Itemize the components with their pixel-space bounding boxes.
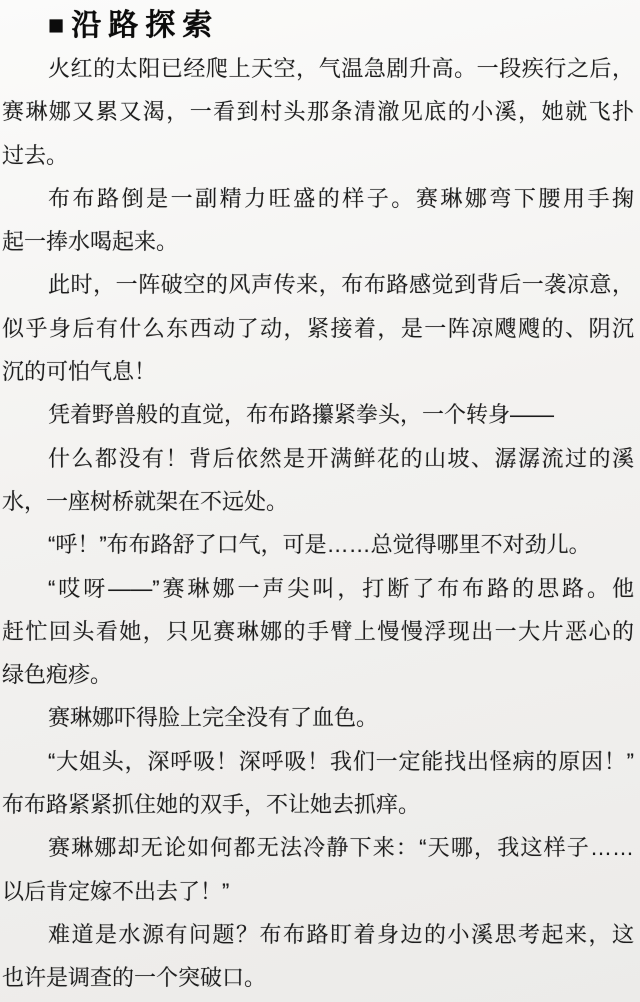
text-line: 赛琳娜又累又渴，一看到村头那条清澈见底的小溪，她就飞扑	[2, 90, 634, 133]
paragraph: 布布路倒是一副精力旺盛的样子。赛琳娜弯下腰用手掬起一捧水喝起来。	[2, 177, 634, 264]
paragraph: 赛琳娜吓得脸上完全没有了血色。	[2, 696, 634, 739]
text-line: 沉的可怕气息！	[2, 350, 634, 393]
text-line: 火红的太阳已经爬上天空，气温急剧升高。一段疾行之后，	[2, 47, 634, 90]
text-line: 布布路紧紧抓住她的双手，不让她去抓痒。	[2, 783, 634, 826]
paragraph: 火红的太阳已经爬上天空，气温急剧升高。一段疾行之后，赛琳娜又累又渴，一看到村头那…	[2, 47, 634, 177]
text-line: “哎呀——”赛琳娜一声尖叫，打断了布布路的思路。他	[2, 567, 634, 610]
text-line: 难道是水源有问题？布布路盯着身边的小溪思考起来，这	[2, 913, 634, 956]
text-line: 起一捧水喝起来。	[2, 220, 634, 263]
paragraph: “大姐头，深呼吸！深呼吸！我们一定能找出怪病的原因！”布布路紧紧抓住她的双手，不…	[2, 740, 634, 827]
paragraph: “哎呀——”赛琳娜一声尖叫，打断了布布路的思路。他赶忙回头看她，只见赛琳娜的手臂…	[2, 567, 634, 697]
paragraph: 难道是水源有问题？布布路盯着身边的小溪思考起来，这也许是调查的一个突破口。	[2, 913, 634, 1000]
paragraph: 凭着野兽般的直觉，布布路攥紧拳头，一个转身——	[2, 393, 634, 436]
section-title: ■沿路探索	[2, 3, 634, 47]
book-page: ■沿路探索 火红的太阳已经爬上天空，气温急剧升高。一段疾行之后，赛琳娜又累又渴，…	[0, 0, 640, 1000]
text-line: 凭着野兽般的直觉，布布路攥紧拳头，一个转身——	[2, 393, 634, 436]
text-line: 布布路倒是一副精力旺盛的样子。赛琳娜弯下腰用手掬	[2, 177, 634, 220]
text-line: 以后肯定嫁不出去了！”	[2, 870, 634, 913]
text-line: 什么都没有！背后依然是开满鲜花的山坡、潺潺流过的溪	[2, 437, 634, 480]
text-line: “大姐头，深呼吸！深呼吸！我们一定能找出怪病的原因！”	[2, 740, 634, 783]
paragraph: 此时，一阵破空的风声传来，布布路感觉到背后一袭凉意，似乎身后有什么东西动了动，紧…	[2, 263, 634, 393]
text-line: 也许是调查的一个突破口。	[2, 956, 634, 999]
section-title-text: 沿路探索	[71, 9, 219, 42]
text-line: 绿色疱疹。	[2, 653, 634, 696]
text-line: “呼！”布布路舒了口气，可是……总觉得哪里不对劲儿。	[2, 523, 634, 566]
text-line: 水，一座树桥就架在不远处。	[2, 480, 634, 523]
text-line: 赛琳娜吓得脸上完全没有了血色。	[2, 696, 634, 739]
paragraph: 什么都没有！背后依然是开满鲜花的山坡、潺潺流过的溪水，一座树桥就架在不远处。	[2, 437, 634, 524]
text-line: 过去。	[2, 134, 634, 177]
page-body: 火红的太阳已经爬上天空，气温急剧升高。一段疾行之后，赛琳娜又累又渴，一看到村头那…	[2, 47, 634, 1000]
text-line: 此时，一阵破空的风声传来，布布路感觉到背后一袭凉意，	[2, 263, 634, 306]
paragraph: 赛琳娜却无论如何都无法冷静下来：“天哪，我这样子……以后肯定嫁不出去了！”	[2, 826, 634, 913]
paragraph: “呼！”布布路舒了口气，可是……总觉得哪里不对劲儿。	[2, 523, 634, 566]
text-line: 赶忙回头看她，只见赛琳娜的手臂上慢慢浮现出一大片恶心的	[2, 610, 634, 653]
text-line: 赛琳娜却无论如何都无法冷静下来：“天哪，我这样子……	[2, 826, 634, 869]
section-marker-icon: ■	[48, 10, 71, 40]
text-line: 似乎身后有什么东西动了动，紧接着，是一阵凉飕飕的、阴沉	[2, 307, 634, 350]
